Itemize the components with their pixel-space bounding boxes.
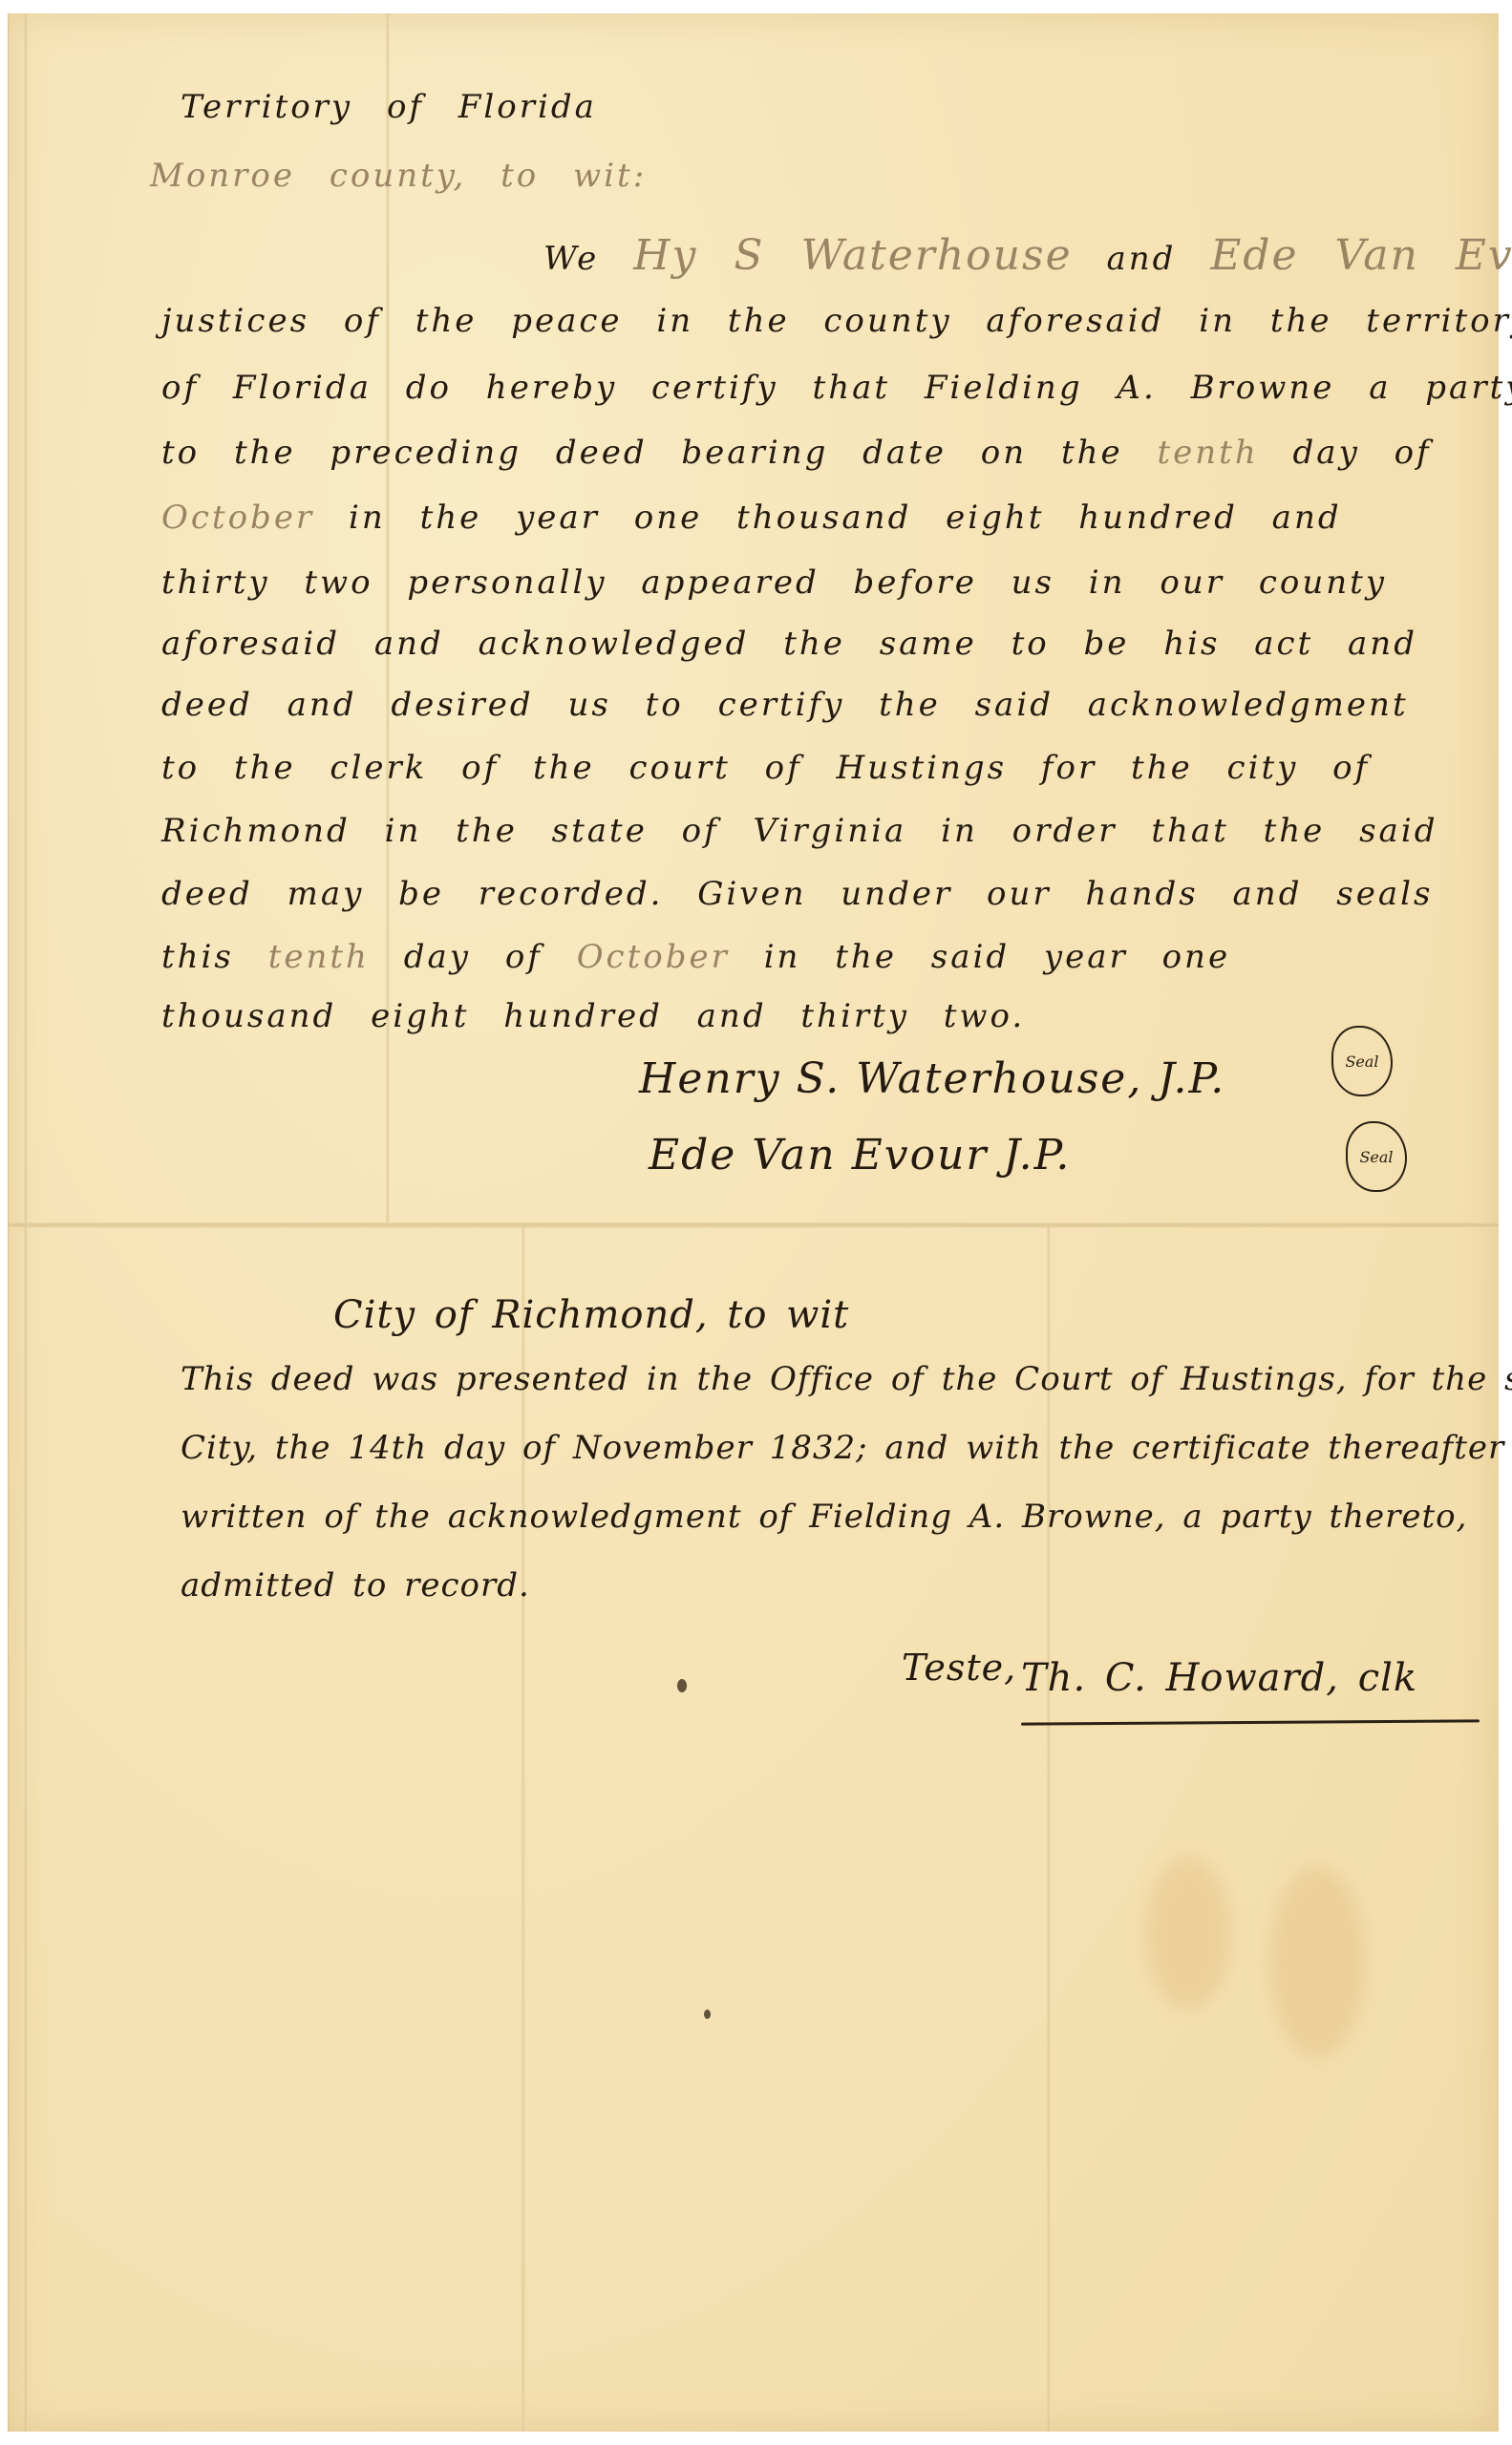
body-line-6: aforesaid and acknowledged the same to b… (161, 625, 1417, 663)
body-line-7: deed and desired us to certify the said … (161, 686, 1409, 724)
lower-line-4: admitted to record. (181, 1566, 530, 1605)
opening-line: We Hy S Waterhouse and Ede Van Evour (543, 231, 1512, 280)
clerk-signature-underline (1021, 1719, 1480, 1725)
horizontal-fold (9, 1222, 1499, 1228)
vertical-fold-lower-right (1047, 1226, 1051, 2432)
seal-2-icon: Seal (1346, 1121, 1407, 1192)
body-line-10: deed may be recorded. Given under our ha… (161, 875, 1433, 913)
signature-2-title: J.P. (1003, 1131, 1071, 1180)
left-margin-crease (24, 13, 28, 2432)
signature-1-name: Henry S. Waterhouse (639, 1054, 1127, 1103)
body-line-12: thousand eight hundred and thirty two. (161, 997, 1025, 1035)
clerk-signature: Th. C. Howard, clk (1021, 1656, 1417, 1700)
lower-line-2: City, the 14th day of November 1832; and… (181, 1429, 1504, 1467)
stain (1145, 1857, 1231, 2009)
ink-blot (677, 1679, 687, 1692)
ink-blot (704, 2009, 711, 2019)
body-line-5: thirty two personally appeared before us… (161, 563, 1387, 602)
body-line-1: justices of the peace in the county afor… (161, 302, 1512, 340)
we-word: We (543, 240, 599, 278)
heading-territory: Territory of Florida (181, 88, 597, 126)
and-word: and (1106, 240, 1176, 278)
body-line-4: October in the year one thousand eight h… (161, 499, 1342, 537)
signature-1: Henry S. Waterhouse, J.P. (639, 1054, 1225, 1103)
heading-county: Monroe county, to wit: (150, 157, 647, 195)
vertical-fold-lower-left (522, 1226, 525, 2432)
justice-name-1: Hy S Waterhouse (633, 231, 1073, 280)
document-paper: Territory of Florida Monroe county, to w… (8, 13, 1499, 2432)
inserted-day-1: tenth (1157, 434, 1258, 472)
signature-2-name: Ede Van Evour (649, 1131, 988, 1180)
inserted-month-1: October (161, 499, 314, 537)
lower-line-1: This deed was presented in the Office of… (181, 1360, 1512, 1398)
body-line-3: to the preceding deed bearing date on th… (161, 434, 1432, 472)
signature-2: Ede Van Evour J.P. (649, 1131, 1071, 1180)
teste-label: Teste, (902, 1647, 1016, 1689)
inserted-month-2: October (577, 938, 730, 976)
body-line-2: of Florida do hereby certify that Fieldi… (161, 369, 1512, 407)
body-line-11: this tenth day of October in the said ye… (161, 938, 1230, 976)
lower-heading: City of Richmond, to wit (333, 1293, 849, 1337)
stain (1269, 1866, 1365, 2057)
inserted-day-2: tenth (268, 938, 370, 976)
body-line-9: Richmond in the state of Virginia in ord… (161, 812, 1437, 850)
signature-1-title: J.P. (1158, 1054, 1225, 1103)
seal-1-icon: Seal (1331, 1026, 1393, 1096)
lower-line-3: written of the acknowledgment of Fieldin… (181, 1498, 1467, 1536)
justice-name-2: Ede Van Evour (1210, 231, 1512, 280)
body-line-8: to the clerk of the court of Hustings fo… (161, 749, 1370, 787)
